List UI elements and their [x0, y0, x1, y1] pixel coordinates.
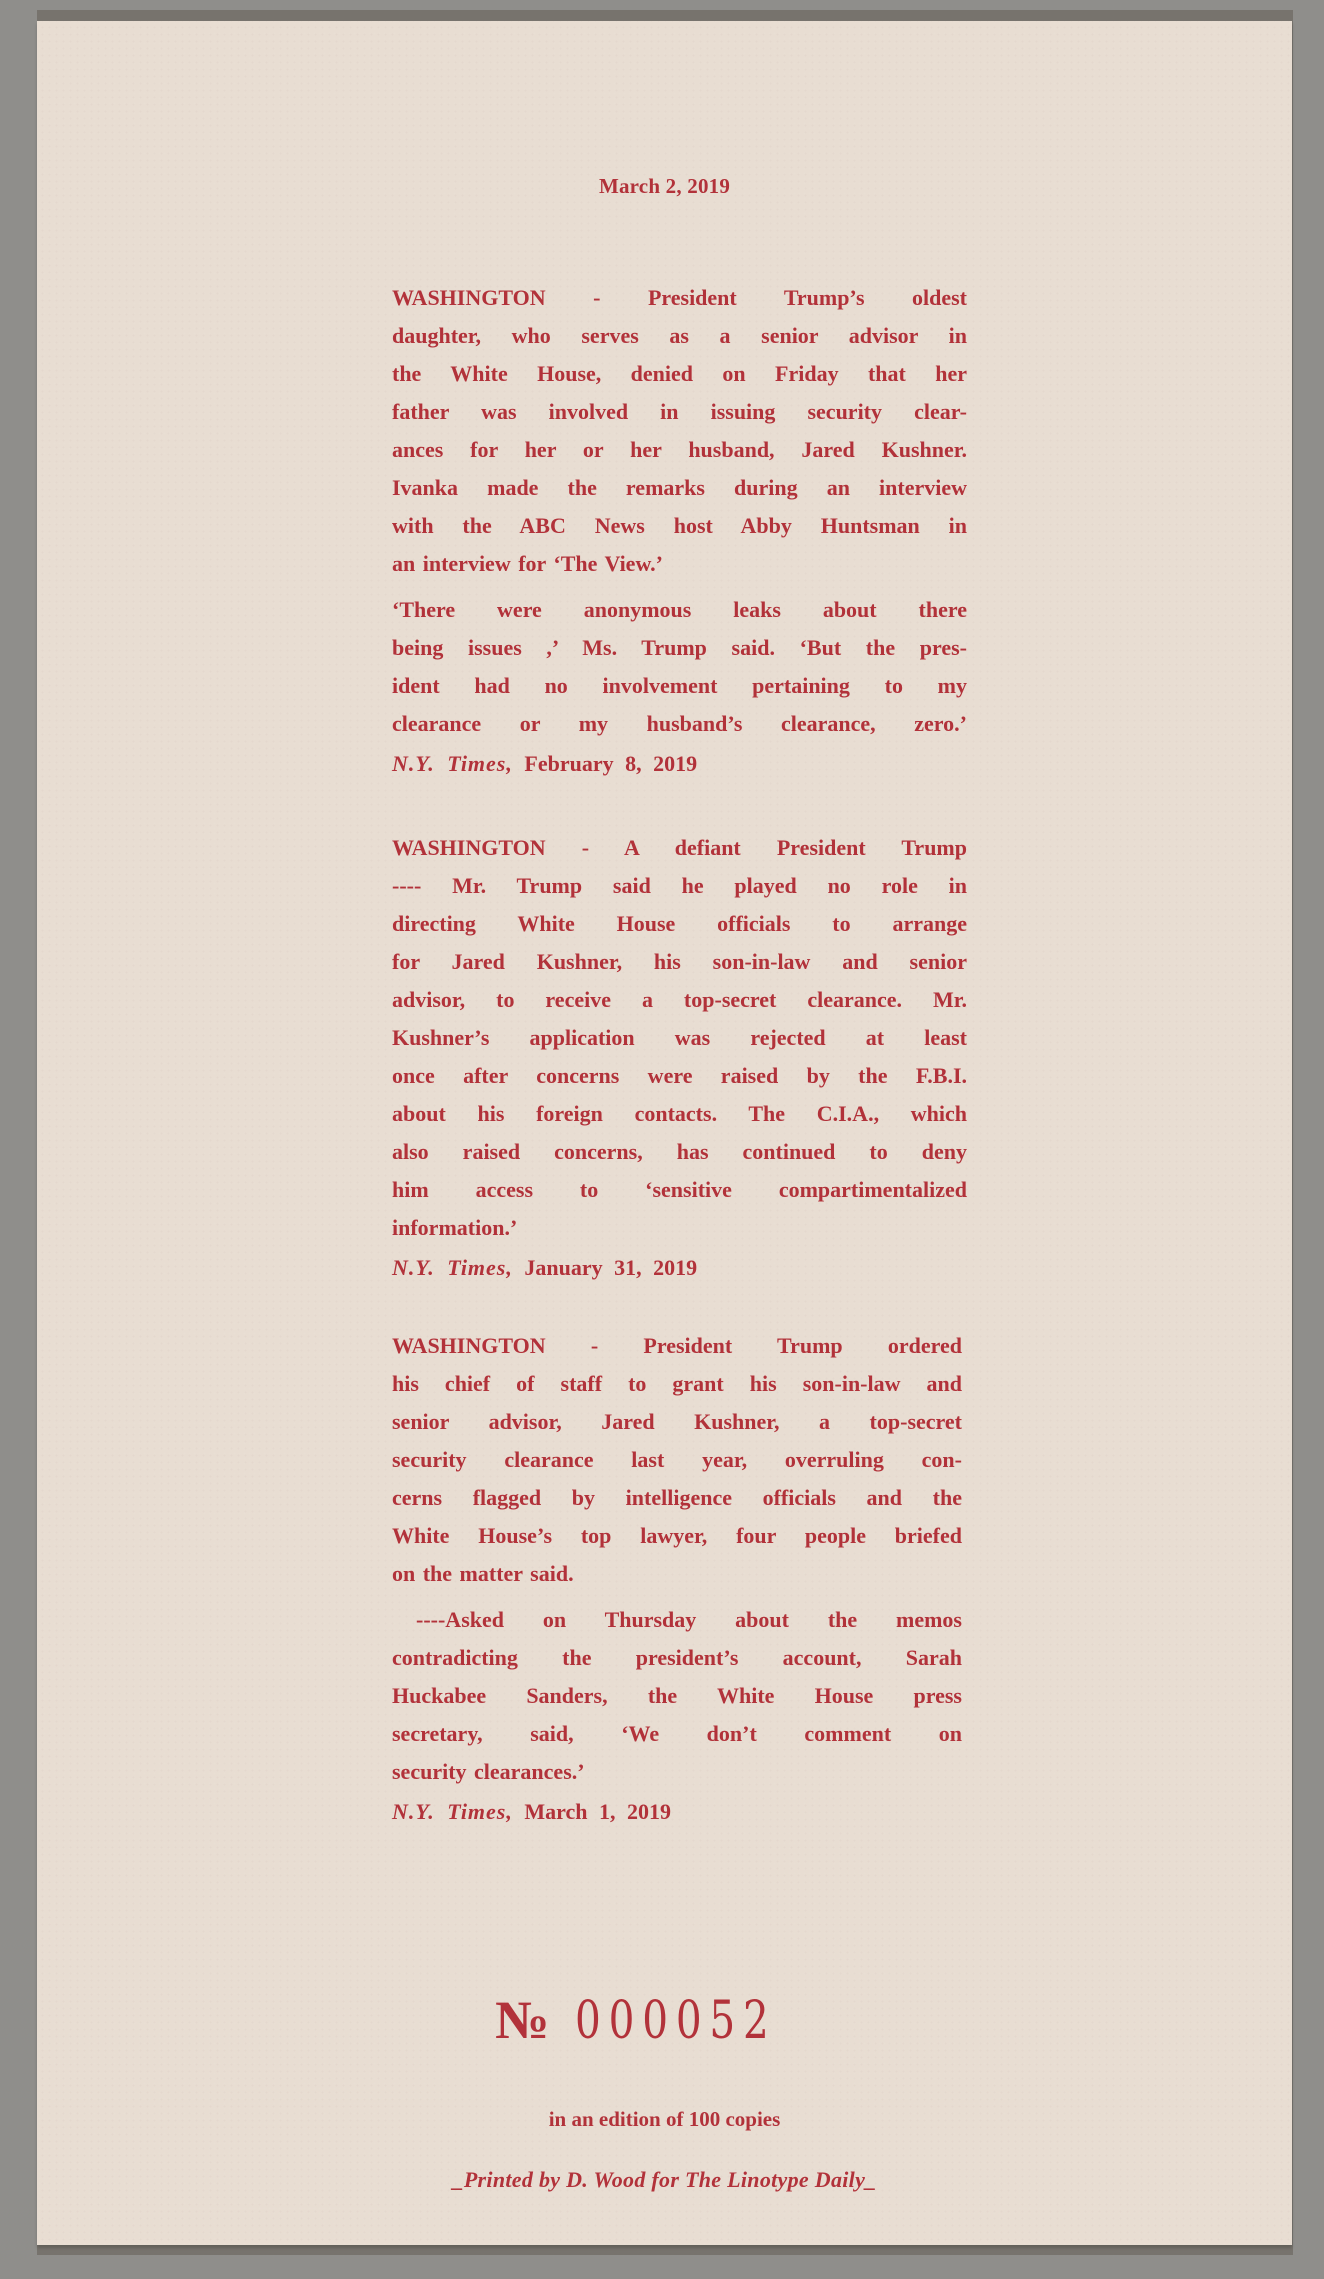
broadside-sheet: March 2, 2019 WASHINGTON - President Tru… [37, 21, 1292, 2245]
text-line: security clearances.’ [392, 1753, 962, 1791]
edition-copies: in an edition of 100 copies [37, 2107, 1292, 2132]
source-publication: N.Y. Times, [392, 751, 513, 776]
text-line: father was involved in issuing security … [392, 393, 967, 431]
text-line: once after concerns were raised by the F… [392, 1057, 967, 1095]
text-line: ‘There were anonymous leaks about there [392, 591, 967, 629]
article-3: WASHINGTON - President Trump ordered his… [392, 1327, 962, 1827]
source-publication: N.Y. Times, [392, 1799, 513, 1824]
text-line: WASHINGTON - A defiant President Trump [392, 829, 967, 867]
text-line: information.’ [392, 1209, 967, 1247]
text-line: Huckabee Sanders, the White House press [392, 1677, 962, 1715]
article-1-paragraph-1: WASHINGTON - President Trump’s oldest da… [392, 279, 967, 583]
text-line: ances for her or her husband, Jared Kush… [392, 431, 967, 469]
numero-symbol: № [495, 1990, 555, 2050]
source-date: January 31, 2019 [524, 1255, 697, 1280]
text-line: him access to ‘sensitive compartimentali… [392, 1171, 967, 1209]
text-line: daughter, who serves as a senior advisor… [392, 317, 967, 355]
text-line: Ivanka made the remarks during an interv… [392, 469, 967, 507]
text-line: Kushner’s application was rejected at le… [392, 1019, 967, 1057]
text-line: advisor, to receive a top-secret clearan… [392, 981, 967, 1019]
printer-credit: _Printed by D. Wood for The Linotype Dai… [37, 2167, 1292, 2193]
article-3-paragraph-1: WASHINGTON - President Trump ordered his… [392, 1327, 962, 1593]
article-3-source: N.Y. Times, March 1, 2019 [392, 1797, 962, 1827]
text-line: about his foreign contacts. The C.I.A., … [392, 1095, 967, 1133]
article-1-source: N.Y. Times, February 8, 2019 [392, 749, 967, 779]
text-line: also raised concerns, has continued to d… [392, 1133, 967, 1171]
text-line: clearance or my husband’s clearance, zer… [392, 705, 967, 743]
source-date: February 8, 2019 [524, 751, 697, 776]
text-line: the White House, denied on Friday that h… [392, 355, 967, 393]
text-line: an interview for ‘The View.’ [392, 545, 967, 583]
text-line: on the matter said. [392, 1555, 962, 1593]
text-line: for Jared Kushner, his son-in-law and se… [392, 943, 967, 981]
article-2-paragraph-1: WASHINGTON - A defiant President Trump -… [392, 829, 967, 1247]
text-line: being issues ,’ Ms. Trump said. ‘But the… [392, 629, 967, 667]
edition-number: №000052 [37, 1989, 1292, 2051]
text-line: his chief of staff to grant his son-in-l… [392, 1365, 962, 1403]
text-line: WASHINGTON - President Trump’s oldest [392, 279, 967, 317]
text-line: with the ABC News host Abby Huntsman in [392, 507, 967, 545]
text-line: secretary, said, ‘We don’t comment on [392, 1715, 962, 1753]
text-line: contradicting the president’s account, S… [392, 1639, 962, 1677]
article-2: WASHINGTON - A defiant President Trump -… [392, 829, 967, 1283]
edition-serial: 000052 [575, 1991, 777, 2051]
article-1-paragraph-2: ‘There were anonymous leaks about there … [392, 591, 967, 743]
text-line: security clearance last year, overruling… [392, 1441, 962, 1479]
article-3-paragraph-2: ----Asked on Thursday about the memos co… [392, 1601, 962, 1791]
article-1: WASHINGTON - President Trump’s oldest da… [392, 279, 967, 779]
article-2-source: N.Y. Times, January 31, 2019 [392, 1253, 967, 1283]
text-line: WASHINGTON - President Trump ordered [392, 1327, 962, 1365]
text-line: White House’s top lawyer, four people br… [392, 1517, 962, 1555]
text-line: senior advisor, Jared Kushner, a top-sec… [392, 1403, 962, 1441]
source-publication: N.Y. Times, [392, 1255, 513, 1280]
text-line: directing White House officials to arran… [392, 905, 967, 943]
text-line: cerns flagged by intelligence officials … [392, 1479, 962, 1517]
source-date: March 1, 2019 [524, 1799, 671, 1824]
text-line: ---- Mr. Trump said he played no role in [392, 867, 967, 905]
date-heading: March 2, 2019 [37, 174, 1292, 199]
text-line: ----Asked on Thursday about the memos [392, 1601, 962, 1639]
text-line: ident had no involvement pertaining to m… [392, 667, 967, 705]
